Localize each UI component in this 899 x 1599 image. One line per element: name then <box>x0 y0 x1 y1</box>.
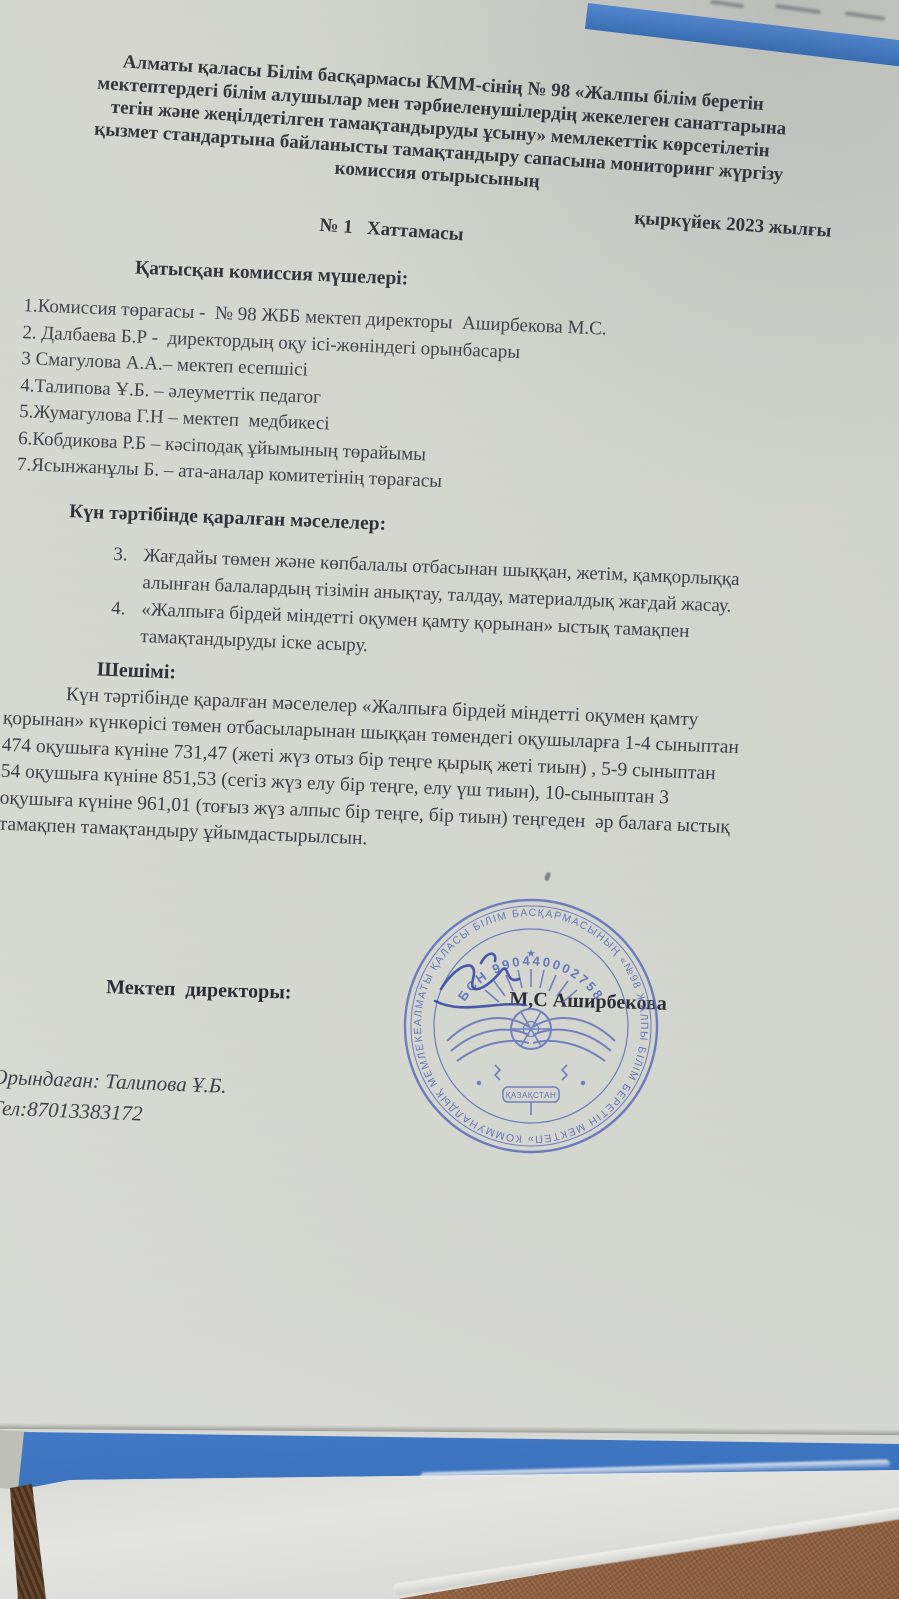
background-paper-text <box>845 11 885 21</box>
background-paper-text <box>775 4 821 14</box>
paper-bottom-edge <box>0 1423 899 1435</box>
stamp-center-text: ҚАЗАҚСТАН <box>506 1091 556 1100</box>
agenda-list: 3. Жағдайы төмен және көпбалалы отбасына… <box>2 536 844 678</box>
photo-bottom-scene <box>0 1368 899 1599</box>
background-paper-text <box>710 0 744 8</box>
decision-paragraph: Күн тәртібінде қаралған мәселелер «Жалпы… <box>0 679 838 871</box>
official-stamp: АЛМАТЫ ҚАЛАСЫ БІЛІМ БАСҚАРМАСЫНЫҢ «№98 Ж… <box>383 893 683 1165</box>
agenda-item-number: 3. <box>96 540 128 595</box>
photographed-document: Алматы қаласы Білім басқармасы КММ-сінің… <box>0 0 899 1599</box>
star-icon: ★ <box>526 948 536 960</box>
committee-members-list: 1.Комиссия төрағасы - № 98 ЖББ мектеп ди… <box>17 293 854 512</box>
document-header: Алматы қаласы Білім басқармасы КММ-сінің… <box>15 44 863 272</box>
agenda-item-number: 4. <box>94 594 126 649</box>
signature-label: Мектеп директоры: <box>106 976 292 1004</box>
stamp-outer-text: АЛМАТЫ ҚАЛАСЫ БІЛІМ БАСҚАРМАСЫНЫҢ «№98 Ж… <box>383 893 650 1145</box>
